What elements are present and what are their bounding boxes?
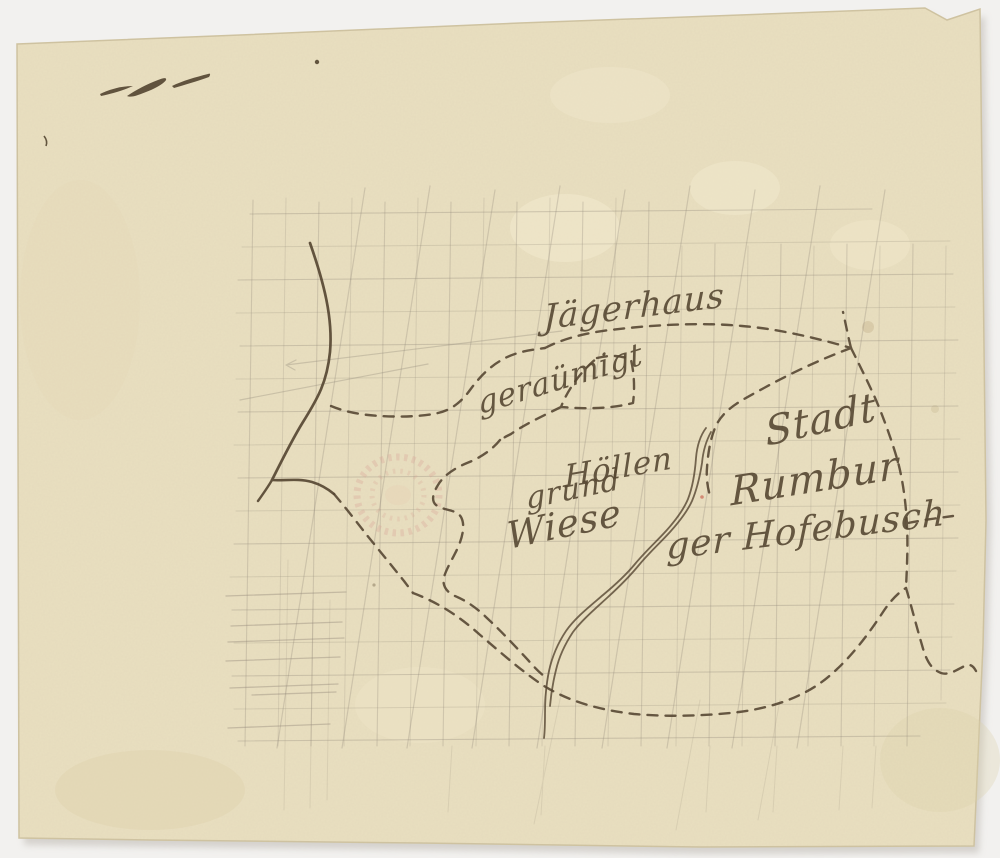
historic-map-canvas: Jägerhaus geraümigt Höllen grund Wiese S… xyxy=(0,0,1000,858)
map-sheet-stage: Jägerhaus geraümigt Höllen grund Wiese S… xyxy=(0,0,1000,858)
